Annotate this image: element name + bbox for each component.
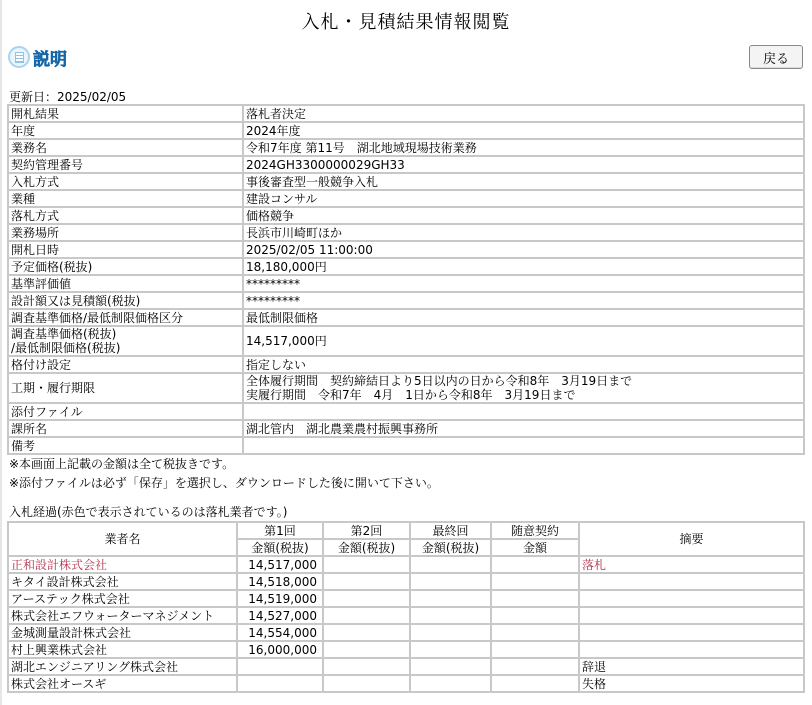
info-label: 調査基準価格(税抜)/最低制限価格(税抜) bbox=[8, 326, 243, 356]
info-row: 契約管理番号2024GH3300000029GH33 bbox=[8, 156, 804, 173]
info-label: 予定価格(税抜) bbox=[8, 258, 243, 275]
info-value-text: 湖北管内 湖北農業農村振興事務所 bbox=[246, 422, 801, 436]
info-label: 年度 bbox=[8, 122, 243, 139]
final-amount bbox=[410, 624, 491, 641]
info-value: 2024年度 bbox=[243, 122, 804, 139]
info-value-text: 指定しない bbox=[246, 358, 801, 372]
info-label: 基準評価値 bbox=[8, 275, 243, 292]
bid-row: 株式会社エフウォーターマネジメント14,527,000 bbox=[8, 607, 804, 624]
bidder-name: 正和設計株式会社 bbox=[8, 556, 237, 573]
info-label-text-line2: /最低制限価格(税抜) bbox=[11, 341, 240, 355]
round1-amount: 14,517,000 bbox=[237, 556, 323, 573]
info-label: 課所名 bbox=[8, 420, 243, 437]
info-value-text: 事後審査型一般競争入札 bbox=[246, 175, 801, 189]
info-row: 落札方式価格競争 bbox=[8, 207, 804, 224]
info-row: 調査基準価格(税抜)/最低制限価格(税抜)14,517,000円 bbox=[8, 326, 804, 356]
info-row: 添付ファイル bbox=[8, 403, 804, 420]
info-value: 価格競争 bbox=[243, 207, 804, 224]
bid-row: 金城測量設計株式会社14,554,000 bbox=[8, 624, 804, 641]
final-amount bbox=[410, 641, 491, 658]
bid-row: アーステック株式会社14,519,000 bbox=[8, 590, 804, 607]
bidder-name: 湖北エンジニアリング株式会社 bbox=[8, 658, 237, 675]
remarks: 辞退 bbox=[579, 658, 804, 675]
round1-amount bbox=[237, 658, 323, 675]
negotiated-amount bbox=[491, 556, 579, 573]
final-amount bbox=[410, 556, 491, 573]
round2-amount bbox=[323, 658, 410, 675]
info-label: 業種 bbox=[8, 190, 243, 207]
info-value-text: 18,180,000円 bbox=[246, 260, 801, 274]
info-value-text: 令和7年度 第11号 湖北地域現場技術業務 bbox=[246, 141, 801, 155]
header-round2: 第2回 bbox=[323, 522, 410, 539]
info-value-text: 2024年度 bbox=[246, 124, 801, 138]
negotiated-amount bbox=[491, 573, 579, 590]
info-label-text: 添付ファイル bbox=[11, 405, 240, 419]
info-label: 添付ファイル bbox=[8, 403, 243, 420]
info-row: 調査基準価格/最低制限価格区分最低制限価格 bbox=[8, 309, 804, 326]
info-row: 年度2024年度 bbox=[8, 122, 804, 139]
info-label: 業務名 bbox=[8, 139, 243, 156]
remarks bbox=[579, 641, 804, 658]
bidder-name: 株式会社エフウォーターマネジメント bbox=[8, 607, 237, 624]
info-label-text: 工期・履行期限 bbox=[11, 381, 240, 395]
round1-amount: 14,518,000 bbox=[237, 573, 323, 590]
bid-row: 株式会社オースギ失格 bbox=[8, 675, 804, 692]
info-row: 課所名湖北管内 湖北農業農村振興事務所 bbox=[8, 420, 804, 437]
round2-amount bbox=[323, 607, 410, 624]
info-row: 業種建設コンサル bbox=[8, 190, 804, 207]
info-row: 入札方式事後審査型一般競争入札 bbox=[8, 173, 804, 190]
info-value: 18,180,000円 bbox=[243, 258, 804, 275]
info-value bbox=[243, 403, 804, 420]
round1-amount: 14,519,000 bbox=[237, 590, 323, 607]
info-row: 開札日時2025/02/05 11:00:00 bbox=[8, 241, 804, 258]
left-edge-rule bbox=[0, 0, 2, 705]
negotiated-amount bbox=[491, 641, 579, 658]
info-label-text: 基準評価値 bbox=[11, 277, 240, 291]
bidder-name: 村上興業株式会社 bbox=[8, 641, 237, 658]
info-label: 工期・履行期限 bbox=[8, 373, 243, 403]
info-label: 落札方式 bbox=[8, 207, 243, 224]
note-tax: ※本画面上記載の金額は全て税抜きです。 bbox=[9, 455, 439, 474]
info-value: ********* bbox=[243, 292, 804, 309]
info-value: 落札者決定 bbox=[243, 105, 804, 122]
info-label-text: 開札日時 bbox=[11, 243, 240, 257]
bidder-name: アーステック株式会社 bbox=[8, 590, 237, 607]
info-label-text: 入札方式 bbox=[11, 175, 240, 189]
info-value-text: 全体履行期間 契約締結日より5日以内の日から令和8年 3月19日まで bbox=[246, 374, 801, 388]
help-link[interactable]: 説明 bbox=[8, 45, 67, 69]
round1-amount: 14,527,000 bbox=[237, 607, 323, 624]
header-round1: 第1回 bbox=[237, 522, 323, 539]
bid-history-caption: 入札経過(赤色で表示されているのは落札業者です。) bbox=[9, 503, 287, 520]
info-value: 2025/02/05 11:00:00 bbox=[243, 241, 804, 258]
updated-date: 更新日：2025/02/05 bbox=[9, 88, 126, 105]
info-label-text: 落札方式 bbox=[11, 209, 240, 223]
bid-row: 村上興業株式会社16,000,000 bbox=[8, 641, 804, 658]
info-label-text: 備考 bbox=[11, 439, 240, 453]
info-label-text: 契約管理番号 bbox=[11, 158, 240, 172]
info-label: 業務場所 bbox=[8, 224, 243, 241]
info-label: 入札方式 bbox=[8, 173, 243, 190]
info-value-text: 長浜市川崎町ほか bbox=[246, 226, 801, 240]
info-row: 備考 bbox=[8, 437, 804, 454]
round1-amount: 14,554,000 bbox=[237, 624, 323, 641]
bidder-name: 金城測量設計株式会社 bbox=[8, 624, 237, 641]
header-final: 最終回 bbox=[410, 522, 491, 539]
remarks bbox=[579, 573, 804, 590]
info-value-text: 価格競争 bbox=[246, 209, 801, 223]
remarks bbox=[579, 624, 804, 641]
info-label-text: 業務名 bbox=[11, 141, 240, 155]
remarks: 失格 bbox=[579, 675, 804, 692]
bid-row: 正和設計株式会社14,517,000落札 bbox=[8, 556, 804, 573]
info-row: 業務場所長浜市川崎町ほか bbox=[8, 224, 804, 241]
info-label-text: 課所名 bbox=[11, 422, 240, 436]
info-row: 工期・履行期限全体履行期間 契約締結日より5日以内の日から令和8年 3月19日ま… bbox=[8, 373, 804, 403]
round2-amount bbox=[323, 556, 410, 573]
info-value: 最低制限価格 bbox=[243, 309, 804, 326]
info-value-text: 2024GH3300000029GH33 bbox=[246, 158, 801, 172]
info-value bbox=[243, 437, 804, 454]
info-value-text: ********* bbox=[246, 277, 801, 291]
info-label: 開札日時 bbox=[8, 241, 243, 258]
final-amount bbox=[410, 607, 491, 624]
info-value: 14,517,000円 bbox=[243, 326, 804, 356]
info-value: 2024GH3300000029GH33 bbox=[243, 156, 804, 173]
header-round1-amount: 金額(税抜) bbox=[237, 539, 323, 556]
info-label: 契約管理番号 bbox=[8, 156, 243, 173]
round1-amount bbox=[237, 675, 323, 692]
info-label: 開札結果 bbox=[8, 105, 243, 122]
remarks bbox=[579, 607, 804, 624]
round2-amount bbox=[323, 573, 410, 590]
page-title: 入札・見積結果情報閲覧 bbox=[0, 8, 812, 34]
info-row: 基準評価値********* bbox=[8, 275, 804, 292]
header-negotiated-amount: 金額 bbox=[491, 539, 579, 556]
info-label-text: 業種 bbox=[11, 192, 240, 206]
info-value-text-line2: 実履行期間 令和7年 4月 1日から令和8年 3月19日まで bbox=[246, 388, 801, 402]
document-icon bbox=[8, 46, 30, 68]
info-value: 全体履行期間 契約締結日より5日以内の日から令和8年 3月19日まで実履行期間 … bbox=[243, 373, 804, 403]
header-final-amount: 金額(税抜) bbox=[410, 539, 491, 556]
round2-amount bbox=[323, 590, 410, 607]
info-value-text: 最低制限価格 bbox=[246, 311, 801, 325]
bid-history-table: 業者名 第1回 第2回 最終回 随意契約 摘要 金額(税抜) 金額(税抜) 金額… bbox=[7, 521, 805, 693]
round1-amount: 16,000,000 bbox=[237, 641, 323, 658]
negotiated-amount bbox=[491, 624, 579, 641]
negotiated-amount bbox=[491, 658, 579, 675]
info-row: 業務名令和7年度 第11号 湖北地域現場技術業務 bbox=[8, 139, 804, 156]
info-row: 格付け設定指定しない bbox=[8, 356, 804, 373]
header-round2-amount: 金額(税抜) bbox=[323, 539, 410, 556]
info-label-text: 予定価格(税抜) bbox=[11, 260, 240, 274]
info-value: 事後審査型一般競争入札 bbox=[243, 173, 804, 190]
negotiated-amount bbox=[491, 675, 579, 692]
bid-row: キタイ設計株式会社14,518,000 bbox=[8, 573, 804, 590]
info-label-text: 調査基準価格(税抜) bbox=[11, 327, 240, 341]
header-remarks: 摘要 bbox=[579, 522, 804, 556]
notes: ※本画面上記載の金額は全て税抜きです。 ※添付ファイルは必ず「保存」を選択し、ダ… bbox=[9, 455, 439, 493]
info-row: 予定価格(税抜)18,180,000円 bbox=[8, 258, 804, 275]
negotiated-amount bbox=[491, 590, 579, 607]
round2-amount bbox=[323, 675, 410, 692]
info-label-text: 業務場所 bbox=[11, 226, 240, 240]
info-label-text: 調査基準価格/最低制限価格区分 bbox=[11, 311, 240, 325]
info-label: 設計額又は見積額(税抜) bbox=[8, 292, 243, 309]
bid-info-table: 開札結果落札者決定年度2024年度業務名令和7年度 第11号 湖北地域現場技術業… bbox=[7, 104, 805, 455]
info-value-text: 建設コンサル bbox=[246, 192, 801, 206]
final-amount bbox=[410, 675, 491, 692]
info-label: 格付け設定 bbox=[8, 356, 243, 373]
back-button[interactable]: 戻る bbox=[749, 45, 803, 69]
info-value: 指定しない bbox=[243, 356, 804, 373]
round2-amount bbox=[323, 624, 410, 641]
info-label: 備考 bbox=[8, 437, 243, 454]
info-value: ********* bbox=[243, 275, 804, 292]
final-amount bbox=[410, 573, 491, 590]
final-amount bbox=[410, 590, 491, 607]
negotiated-amount bbox=[491, 607, 579, 624]
info-label-text: 格付け設定 bbox=[11, 358, 240, 372]
info-value: 長浜市川崎町ほか bbox=[243, 224, 804, 241]
info-row: 開札結果落札者決定 bbox=[8, 105, 804, 122]
header-company: 業者名 bbox=[8, 522, 237, 556]
bid-row: 湖北エンジニアリング株式会社辞退 bbox=[8, 658, 804, 675]
round2-amount bbox=[323, 641, 410, 658]
bidder-name: キタイ設計株式会社 bbox=[8, 573, 237, 590]
info-label-text: 開札結果 bbox=[11, 107, 240, 121]
info-value: 湖北管内 湖北農業農村振興事務所 bbox=[243, 420, 804, 437]
info-value: 建設コンサル bbox=[243, 190, 804, 207]
info-label: 調査基準価格/最低制限価格区分 bbox=[8, 309, 243, 326]
info-value-text: ********* bbox=[246, 294, 801, 308]
remarks: 落札 bbox=[579, 556, 804, 573]
remarks bbox=[579, 590, 804, 607]
info-value-text: 落札者決定 bbox=[246, 107, 801, 121]
help-label: 説明 bbox=[33, 45, 67, 70]
info-value-text: 2025/02/05 11:00:00 bbox=[246, 243, 801, 257]
final-amount bbox=[410, 658, 491, 675]
note-attachment: ※添付ファイルは必ず「保存」を選択し、ダウンロードした後に開いて下さい。 bbox=[9, 474, 439, 493]
bidder-name: 株式会社オースギ bbox=[8, 675, 237, 692]
info-row: 設計額又は見積額(税抜)********* bbox=[8, 292, 804, 309]
header-negotiated: 随意契約 bbox=[491, 522, 579, 539]
info-label-text: 設計額又は見積額(税抜) bbox=[11, 294, 240, 308]
info-label-text: 年度 bbox=[11, 124, 240, 138]
info-value: 令和7年度 第11号 湖北地域現場技術業務 bbox=[243, 139, 804, 156]
info-value-text: 14,517,000円 bbox=[246, 334, 801, 348]
